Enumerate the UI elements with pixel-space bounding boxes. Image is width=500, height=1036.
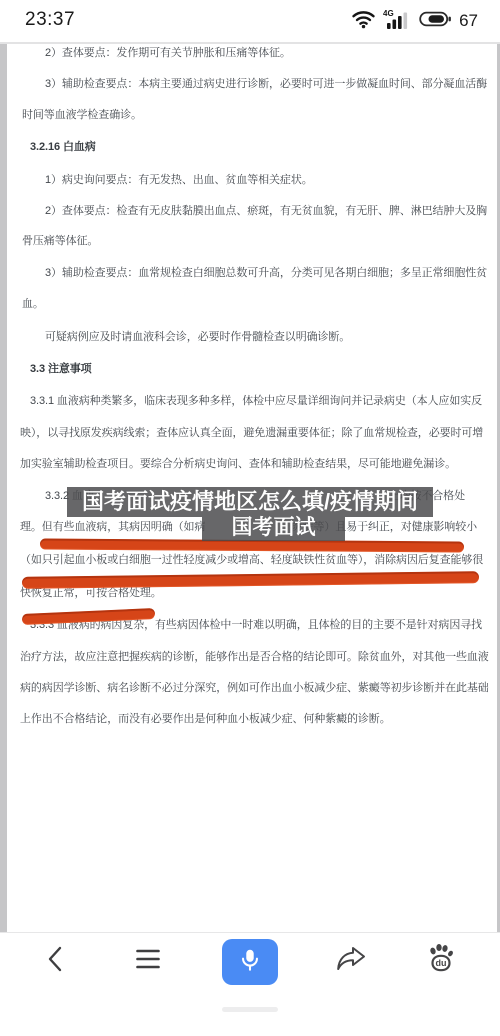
status-icons: 4G 67 [351, 8, 478, 34]
doc-line: 映），以寻找原发疾病线索；查体应认真全面，避免遗漏重要体征；除了血常规检查，必要… [20, 427, 483, 440]
back-button[interactable] [42, 946, 68, 976]
doc-line: 2）查体要点：检查有无皮肤黏膜出血点、瘀斑，有无贫血貌，有无肝、脾、淋巴结肿大及… [45, 205, 487, 218]
clock: 23:37 [25, 9, 75, 31]
doc-line: 时间等血液学检查确诊。 [22, 109, 142, 122]
doc-line: 快恢复正常，可按合格处理。 [20, 587, 162, 600]
chevron-left-icon [46, 945, 64, 978]
doc-line: 加实验室辅助检查项目。要综合分析病史询问、查体和辅助检查结果，尽可能地避免漏诊。 [20, 458, 456, 471]
doc-line: 骨压痛等体征。 [22, 235, 98, 248]
status-bar: 23:37 4G [0, 0, 500, 42]
doc-heading: 3.3 注意事项 [30, 363, 92, 376]
doc-line: 2）查体要点：发作期可有关节肿胀和压痛等体征。 [45, 47, 291, 60]
hamburger-menu-icon [136, 948, 160, 975]
wifi-icon [351, 9, 376, 34]
doc-line: 治疗方法，故应注意把握疾病的诊断，能够作出是否合格的结论即可。除贫血外，对其他一… [20, 651, 489, 664]
doc-line: 3.3.1 血液病种类繁多，临床表现多种多样，体检中应尽量详细询问并记录病史（本… [30, 395, 482, 408]
voice-search-button[interactable] [222, 939, 278, 985]
microphone-icon [237, 946, 263, 979]
cellular-4g-icon: 4G [383, 8, 412, 35]
battery-icon [419, 10, 452, 33]
doc-line: 上作出不合格结论，而没有必要作出是何种血小板减少症、何种紫癜的诊断。 [20, 713, 391, 726]
doc-line: 1）病史询问要点：有无发热、出血、贫血等相关症状。 [45, 174, 313, 187]
share-button[interactable] [336, 948, 366, 975]
doc-line: 病的病因学诊断、病名诊断不必过分深究，例如可作出血小板减少症、紫癜等初步诊断并在… [20, 682, 489, 695]
doc-heading: 3.2.16 白血病 [30, 141, 96, 154]
doc-line: 3）辅助检查要点：血常规检查白细胞总数可升高，分类可见各期白细胞；多呈正常细胞性… [45, 267, 487, 280]
baidu-home-button[interactable]: du [427, 944, 455, 975]
network-type-label: 4G [383, 9, 394, 18]
doc-line: 可疑病例应及时请血液科会诊，必要时作骨髓检查以明确诊断。 [45, 331, 350, 344]
doc-line: 3）辅助检查要点：本病主要通过病史进行诊断，必要时可进一步做凝血时间、部分凝血活… [45, 78, 487, 91]
caption-overlay-line1: 国考面试疫情地区怎么填/疫情期间 [67, 487, 433, 517]
battery-percent: 67 [459, 11, 478, 31]
home-indicator[interactable] [222, 1007, 278, 1012]
doc-line-fragment: 理。但有些血液病，其病因明确（如病 [20, 521, 205, 534]
caption-overlay-line2: 国考面试 [202, 517, 345, 541]
baidu-du-label: du [436, 958, 447, 968]
doc-line: （如只引起血小板或白细胞一过性轻度减少或增高、轻度缺铁性贫血等），消除病因后复查… [20, 554, 483, 567]
baidu-paw-logo-icon: du [427, 942, 455, 978]
phone-screen: 23:37 4G [0, 0, 500, 1036]
doc-line: 血。 [22, 298, 44, 311]
page-left-margin [0, 44, 7, 932]
menu-button[interactable] [135, 949, 161, 973]
share-forward-icon [336, 946, 366, 977]
